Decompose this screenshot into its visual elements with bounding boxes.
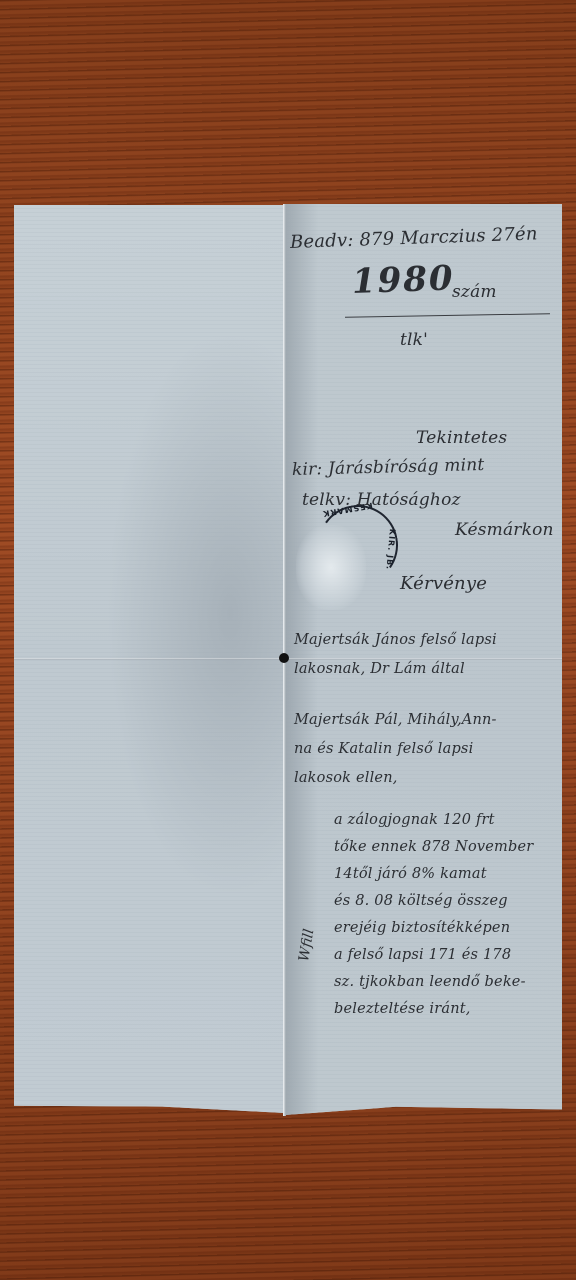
addressee-line-2: telkv: Hatósághoz [302,490,461,510]
document-number: 1980 [351,258,455,302]
body-line-8: belezteltése iránt, [334,1001,471,1017]
body-line-3: 14től járó 8% kamat [334,866,487,882]
body-line-1: a zálogjognak 120 frt [334,812,495,828]
respondents-line-1: Majertsák Pál, Mihály,Ann- [294,712,497,728]
punch-hole [279,653,289,663]
petitioner-line-2: lakosnak, Dr Lám által [294,661,465,677]
document-title: Kérvénye [400,573,487,594]
salutation: Tekintetes [416,428,507,448]
respondents-line-2: na és Katalin felső lapsi [294,741,473,757]
body-line-5: erejéig biztosítékképen [334,920,510,936]
body-line-2: tőke ennek 878 November [334,839,533,855]
body-line-6: a felső lapsi 171 és 178 [334,947,511,963]
body-line-7: sz. tjkokban leendő beke- [334,974,526,990]
body-line-4: és 8. 08 költség összeg [334,893,508,909]
petitioner-line-1: Majertsák János felső lapsi [294,632,497,648]
document-number-suffix: szám [452,282,497,302]
respondents-line-3: lakosok ellen, [294,770,398,786]
addressee-place: Késmárkon [455,520,554,540]
header-annotation: tlk' [400,330,428,350]
